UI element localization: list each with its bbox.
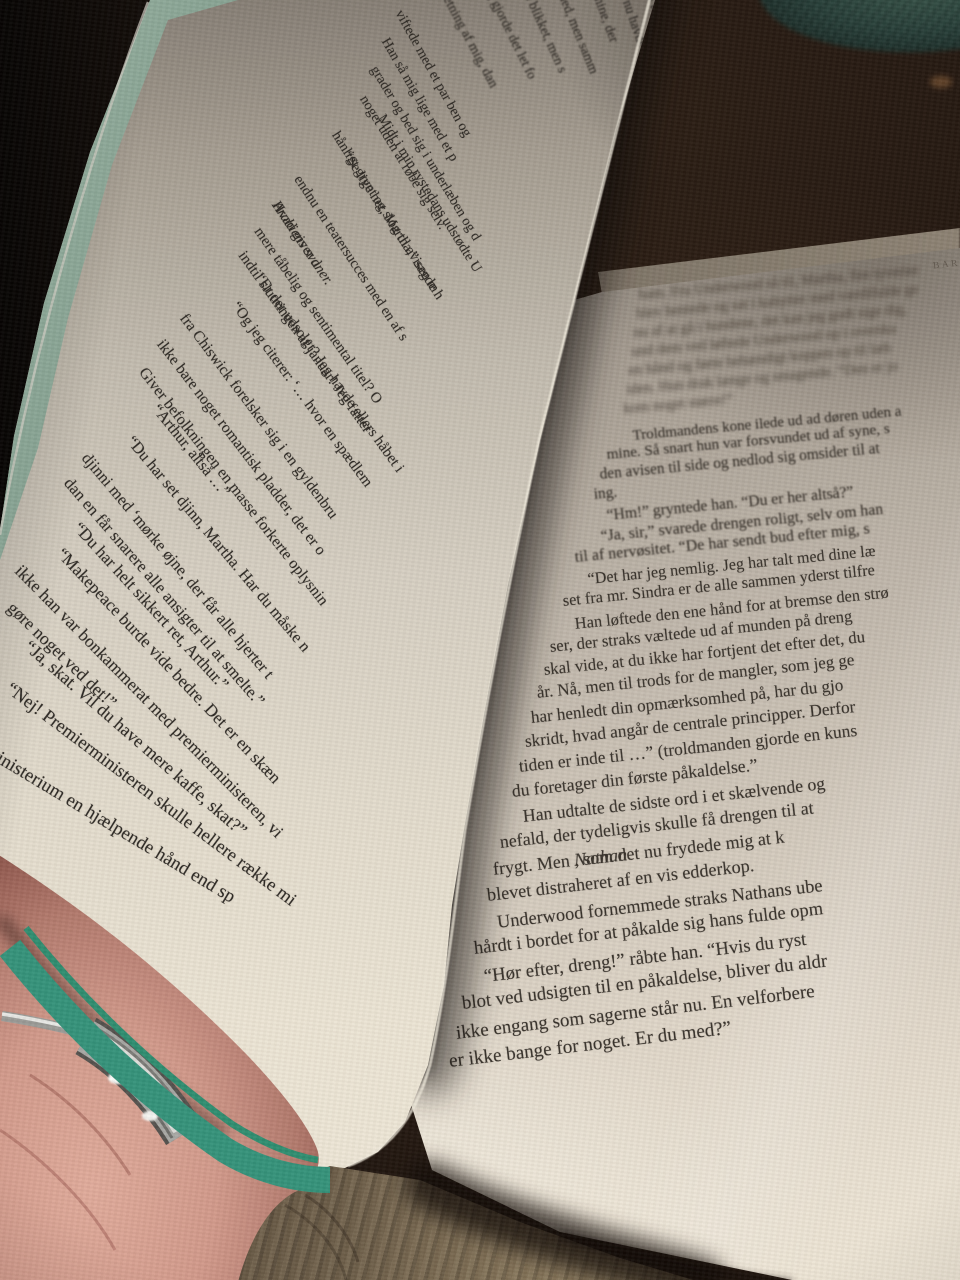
background-glint [930, 76, 952, 88]
book-line: Midt i min rystedans udstødte U [375, 112, 484, 275]
book-line: etning af mig, dan [440, 0, 500, 91]
book-line: ing. [593, 485, 618, 503]
photo-frame: ham. Fru Underwood så til, Martha, fire … [0, 0, 960, 1280]
book-line: n mine, der [587, 0, 621, 44]
